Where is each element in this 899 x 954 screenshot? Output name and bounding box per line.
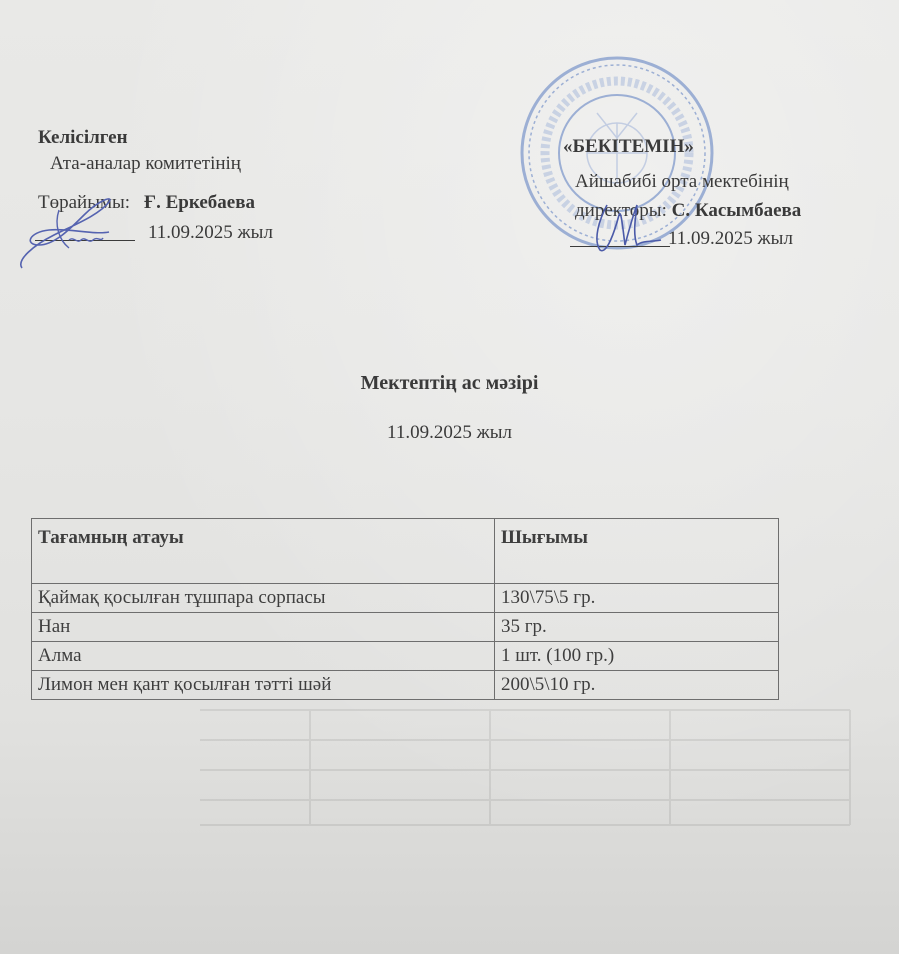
table-row: Қаймақ қосылған тұшпара сорпасы 130\75\5… [32, 584, 779, 613]
menu-table: Тағамның атауы Шығымы Қаймақ қосылған тұ… [31, 518, 779, 700]
document-date: 11.09.2025 жыл [0, 422, 899, 444]
dish-name: Қаймақ қосылған тұшпара сорпасы [32, 584, 495, 613]
table-row: Алма 1 шт. (100 гр.) [32, 642, 779, 671]
dish-portion: 130\75\5 гр. [495, 584, 779, 613]
table-row: Нан 35 гр. [32, 613, 779, 642]
agreed-date: 11.09.2025 жыл [148, 223, 273, 242]
committee-role: Ата-аналар комитетінің [50, 154, 241, 173]
dish-portion: 200\5\10 гр. [495, 671, 779, 700]
signature-icon [585, 200, 665, 255]
paper-background [0, 0, 899, 954]
agreed-heading: Келісілген [38, 128, 128, 147]
dish-portion: 35 гр. [495, 613, 779, 642]
approve-date: 11.09.2025 жыл [668, 229, 793, 248]
table-header-row: Тағамның атауы Шығымы [32, 519, 779, 584]
table-row: Лимон мен қант қосылған тәтті шәй 200\5\… [32, 671, 779, 700]
dish-portion: 1 шт. (100 гр.) [495, 642, 779, 671]
document-title: Мектептің ас мәзірі [0, 372, 899, 395]
approve-heading: «БЕКІТЕМІН» [563, 137, 694, 156]
header-dish-name: Тағамның атауы [32, 519, 495, 584]
header-portion: Шығымы [495, 519, 779, 584]
dish-name: Лимон мен қант қосылған тәтті шәй [32, 671, 495, 700]
school-name: Айшабибі орта мектебінің [575, 172, 789, 191]
chair-name: Ғ. Еркебаева [144, 192, 255, 213]
show-through-table [200, 700, 860, 830]
dish-name: Нан [32, 613, 495, 642]
director-name: С. Касымбаева [672, 200, 802, 221]
signature-icon [14, 190, 124, 270]
dish-name: Алма [32, 642, 495, 671]
